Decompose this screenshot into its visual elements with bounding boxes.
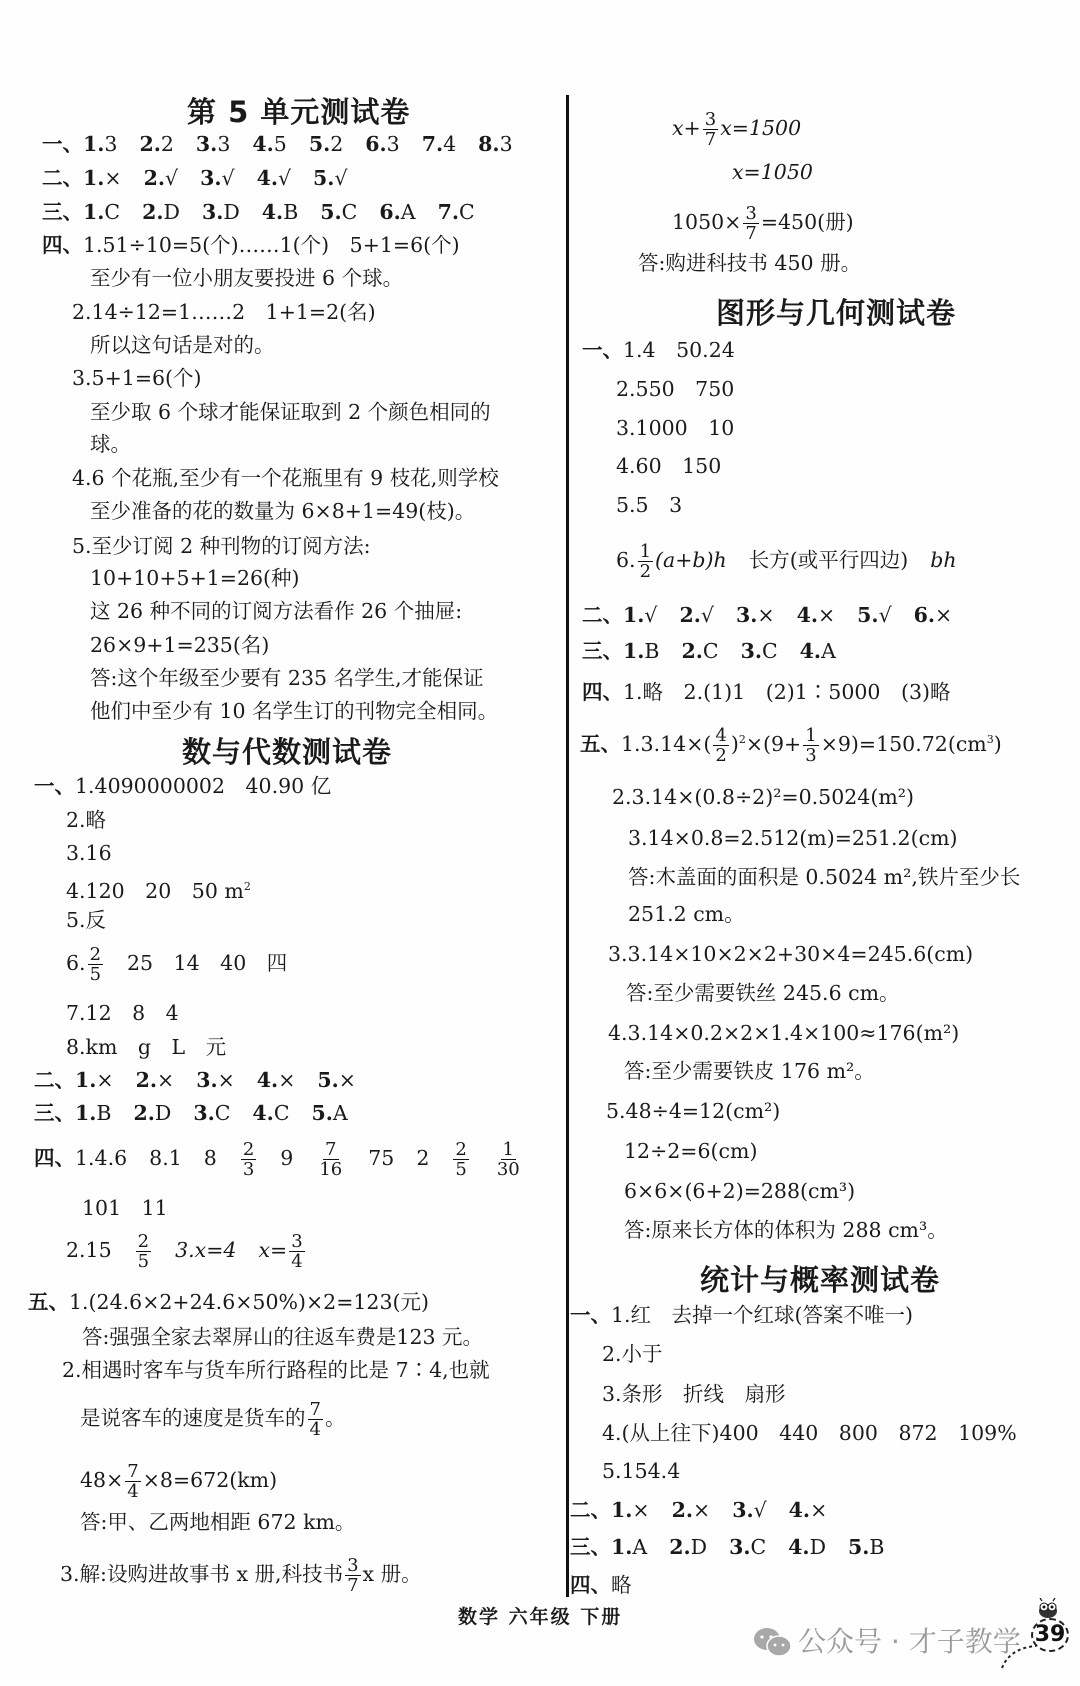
section-label: 四、 (582, 680, 623, 704)
section-label: 四、 (570, 1573, 611, 1597)
section-label: 三、 (582, 639, 623, 663)
answer-item: 3.√ (732, 1498, 766, 1522)
answer-item: 1.A (611, 1535, 647, 1559)
answer-item: 8 (204, 1146, 217, 1170)
unit5-section-4-q1: 四、1.51÷10=5(个)……1(个) 5+1=6(个) (42, 233, 460, 257)
answer-text: 1.略 2.(1)1 (2)1∶5000 (3)略 (623, 680, 951, 704)
algebra-section-2: 二、1.×2.×3.×4.×5.× (34, 1068, 356, 1092)
answer-line: 5.154.4 (602, 1459, 680, 1483)
unit5-section-2: 二、1.×2.√3.√4.√5.√ (42, 166, 348, 190)
answer-line: 球。 (90, 432, 131, 456)
statistics-section-4: 四、略 (570, 1573, 632, 1597)
denominator: 7 (345, 1576, 360, 1595)
answer-line: 2.3.14×(0.8÷2)²=0.5024(m²) (612, 785, 914, 809)
algebra-section-1-q1: 一、1.4090000002 40.90 亿 (34, 774, 331, 798)
answer-list: 1.×2.×3.√4.× (611, 1498, 827, 1522)
answer-list: 1.32.23.34.55.26.37.48.3 (83, 132, 513, 156)
answer-text: ×(9+ (746, 732, 801, 756)
answer-line: 至少取 6 个球才能保证取到 2 个颜色相同的 (90, 400, 491, 424)
answer-item: 2 (416, 1146, 429, 1170)
answer-line: 10+10+5+1=26(种) (90, 566, 300, 590)
section-label: 二、 (570, 1498, 611, 1522)
section-label: 一、 (42, 132, 83, 156)
answer-text: 1050× (672, 210, 741, 234)
answer-line: 至少有一位小朋友要投进 6 个球。 (90, 266, 403, 290)
answer-line: 答:甲、乙两地相距 672 km。 (80, 1510, 355, 1534)
algebra-test-title: 数与代数测试卷 (182, 730, 392, 771)
answer-line: 101 11 (82, 1196, 168, 1220)
answer-text: 2.15 (66, 1238, 112, 1262)
answer-line: 5.至少订阅 2 种刊物的订阅方法: (72, 534, 371, 558)
answer-line: 2.相遇时客车与货车所行路程的比是 7∶4,也就 (62, 1358, 490, 1382)
section-label: 五、 (580, 732, 621, 756)
answer-item: 75 (368, 1146, 394, 1170)
answer-item: 2.D (142, 200, 180, 224)
answer-item: 1.× (83, 166, 122, 190)
answer-item: 4.× (257, 1068, 296, 1092)
answer-list: 1.4.68.1823971675225130 (75, 1146, 524, 1170)
footer-subject: 数学 (458, 1606, 500, 1628)
denominator: 4 (289, 1252, 304, 1271)
column-divider (566, 95, 569, 1597)
answer-item: 2.2 (139, 132, 173, 156)
dashed-trail-icon (1000, 1640, 1040, 1670)
geometry-section-1-q1: 一、1.4 50.24 (582, 338, 735, 362)
answer-line: 他们中至少有 10 名学生订的刊物完全相同。 (90, 699, 498, 723)
answer-text: 是说客车的速度是货车的 (80, 1406, 306, 1430)
fraction: 23 (241, 1140, 256, 1179)
fraction: 37 (703, 110, 718, 149)
answer-line: 答:木盖面的面积是 0.5024 m²,铁片至少长 (628, 865, 1020, 889)
answer-line: 答:购进科技书 450 册。 (638, 251, 861, 275)
section-label: 四、 (42, 233, 83, 257)
answer-item: 5.B (848, 1535, 884, 1559)
answer-item: 1.4.6 (75, 1146, 127, 1170)
answer-line: 3.解:设购进故事书 x 册,科技书37x 册。 (60, 1556, 422, 1595)
answer-item: 2.D (669, 1535, 707, 1559)
fraction: 37 (743, 204, 758, 243)
answer-item: 3.C (729, 1535, 766, 1559)
statistics-test-title: 统计与概率测试卷 (700, 1258, 940, 1299)
answer-item: 4.√ (257, 166, 291, 190)
fraction: 74 (308, 1400, 323, 1439)
numerator: 2 (88, 945, 103, 965)
answer-text: ) (731, 732, 739, 756)
numerator: 3 (345, 1556, 360, 1576)
answer-item: 1.B (623, 639, 659, 663)
section-label: 一、 (570, 1303, 611, 1327)
superscript: 2 (244, 880, 251, 893)
geometry-section-5-q1: 五、1.3.14×(42)2×(9+13×9)=150.72(cm3) (580, 726, 1002, 765)
answer-text: 1.红 去掉一个红球(答案不唯一) (611, 1303, 913, 1327)
answer-line: 251.2 cm。 (628, 902, 745, 926)
answer-line: 至少准备的花的数量为 6×8+1=49(枝)。 (90, 499, 475, 523)
answer-line: 7.12 8 4 (66, 1001, 179, 1025)
denominator: 7 (743, 224, 758, 243)
answer-line: 3.14×0.8=2.512(m)=251.2(cm) (628, 826, 958, 850)
answer-line: 答:至少需要铁皮 176 m²。 (624, 1059, 875, 1083)
numerator: 3 (289, 1232, 304, 1252)
superscript: 3 (987, 733, 994, 746)
answer-line: 答:这个年级至少要有 235 名学生,才能保证 (90, 666, 484, 690)
answer-list: 1.×2.√3.√4.√5.√ (83, 166, 348, 190)
answer-item: 4.5 (252, 132, 286, 156)
answer-item: 5.√ (857, 603, 891, 627)
answer-line: 1050×37=450(册) (672, 204, 854, 243)
answer-line: 2.550 750 (616, 377, 734, 401)
answer-line: 2.15253.x=4x=34 (66, 1232, 307, 1271)
answer-line: 2.小于 (602, 1342, 663, 1366)
section-label: 二、 (34, 1068, 75, 1092)
answer-item: 1.× (611, 1498, 650, 1522)
page-footer: 数学 六年级 下册 (458, 1602, 622, 1629)
answer-item: 1.B (75, 1101, 111, 1125)
answer-text: 长方(或平行四边) (749, 548, 909, 572)
answer-line: x+37x=1500 (672, 110, 801, 149)
wechat-icon (752, 1626, 792, 1658)
answer-item: 4.B (262, 200, 298, 224)
footer-grade: 六年级 (509, 1606, 572, 1628)
answer-item: 7.4 (422, 132, 456, 156)
numerator: 7 (308, 1400, 323, 1420)
answer-line: 5.反 (66, 908, 106, 932)
numerator: 4 (713, 726, 728, 745)
answer-item: 5.A (312, 1101, 348, 1125)
section-label: 三、 (34, 1101, 75, 1125)
answer-item: 7.C (438, 200, 475, 224)
answer-item: 4.A (800, 639, 836, 663)
algebra-section-5-q1: 五、1.(24.6×2+24.6×50%)×2=123(元) (28, 1290, 429, 1314)
answer-item: 2.√ (144, 166, 178, 190)
answer-line: 4.60 150 (616, 454, 721, 478)
statistics-section-2: 二、1.×2.×3.√4.× (570, 1498, 827, 1522)
denominator: 4 (308, 1420, 323, 1439)
answer-item: 9 (280, 1146, 293, 1170)
answer-list: 1.×2.×3.×4.×5.× (75, 1068, 356, 1092)
answer-line: 6.2525 14 40 四 (66, 945, 287, 984)
answer-item: 2.√ (679, 603, 713, 627)
denominator: 4 (125, 1482, 140, 1501)
answer-item: 6.× (914, 603, 953, 627)
answer-text: 3.解:设购进故事书 x 册,科技书 (60, 1562, 343, 1586)
answer-text: 3.x=4 (175, 1238, 236, 1262)
geometry-section-4: 四、1.略 2.(1)1 (2)1∶5000 (3)略 (582, 680, 951, 704)
answer-list: 1.C2.D3.D4.B5.C6.A7.C (83, 200, 475, 224)
answer-item: 4.C (252, 1101, 289, 1125)
section-label: 五、 (28, 1290, 69, 1314)
numerator: 2 (136, 1232, 151, 1252)
watermark-text: 公众号 · 才子教学 (798, 1620, 1021, 1660)
denominator: 5 (88, 965, 103, 984)
geometry-test-title: 图形与几何测试卷 (716, 291, 956, 332)
answer-line: 48×74×8=672(km) (80, 1462, 277, 1501)
answer-item: 5.2 (309, 132, 343, 156)
answer-text: ×8=672(km) (143, 1468, 277, 1492)
answer-item: 8.3 (478, 132, 512, 156)
answer-list: 1.A2.D3.C4.D5.B (611, 1535, 884, 1559)
answer-text: ) (994, 732, 1002, 756)
fraction: 25 (136, 1232, 151, 1271)
unit5-section-1: 一、1.32.23.34.55.26.37.48.3 (42, 132, 513, 156)
formula: (a+b)h (655, 548, 727, 572)
answer-list: 1.B2.C3.C4.A (623, 639, 836, 663)
fraction: 25 (88, 945, 103, 984)
answer-text: 1.4090000002 40.90 亿 (75, 774, 331, 798)
answer-item: 1.3 (83, 132, 117, 156)
answer-item: 2.C (681, 639, 718, 663)
section-label: 一、 (34, 774, 75, 798)
geometry-section-3: 三、1.B2.C3.C4.A (582, 639, 836, 663)
answer-item: 3.√ (200, 166, 234, 190)
answer-line: 答:至少需要铁丝 245.6 cm。 (626, 981, 900, 1005)
answer-text: =450(册) (761, 210, 854, 234)
answer-line: 12÷2=6(cm) (624, 1139, 757, 1163)
section-label: 三、 (570, 1535, 611, 1559)
answer-item: 6.A (379, 200, 415, 224)
denominator: 2 (638, 562, 653, 581)
answer-line: 答:强强全家去翠屏山的往返车费是123 元。 (82, 1325, 483, 1349)
answer-item: 3.× (736, 603, 775, 627)
section-label: 二、 (582, 603, 623, 627)
formula: bh (930, 548, 956, 572)
fraction: 716 (317, 1140, 344, 1179)
denominator: 5 (136, 1252, 151, 1271)
answer-item: 4.× (797, 603, 836, 627)
answer-text: 1.3.14×( (621, 732, 711, 756)
numerator: 7 (125, 1462, 140, 1482)
fraction: 42 (713, 726, 728, 765)
answer-line: 2.略 (66, 808, 106, 832)
answer-key-page: 第 5 单元测试卷 一、1.32.23.34.55.26.37.48.3 二、1… (0, 0, 1080, 1686)
answer-line: 6×6×(6+2)=288(cm³) (624, 1179, 855, 1203)
fraction: 34 (289, 1232, 304, 1271)
answer-item: 5.× (317, 1068, 356, 1092)
answer-line: 3.条形 折线 扇形 (602, 1382, 786, 1406)
answer-line: 答:原来长方体的体积为 288 cm³。 (624, 1218, 948, 1242)
answer-line: 4.6 个花瓶,至少有一个花瓶里有 9 枝花,则学校 (72, 466, 499, 490)
section-label: 四、 (34, 1146, 75, 1170)
answer-text: 48× (80, 1468, 123, 1492)
denominator: 2 (713, 745, 728, 765)
bee-mascot-icon (1034, 1598, 1060, 1620)
answer-text: 。 (325, 1406, 346, 1430)
answer-item: 2.D (133, 1101, 171, 1125)
answer-line: 4.120 20 50 m2 (66, 875, 251, 903)
answer-line: x=1050 (732, 160, 813, 184)
fraction: 25 (453, 1140, 468, 1179)
answer-line: 这 26 种不同的订阅方法看作 26 个抽屉: (90, 599, 462, 623)
answer-list: 1.B2.D3.C4.C5.A (75, 1101, 348, 1125)
answer-item: 3.D (202, 200, 240, 224)
footer-volume: 下册 (580, 1606, 622, 1628)
numerator: 3 (703, 110, 718, 130)
answer-item: 5.C (320, 200, 357, 224)
algebra-section-4-q1: 四、1.4.68.1823971675225130 (34, 1140, 524, 1179)
answer-item: 4.× (789, 1498, 828, 1522)
answer-text: ×9)=150.72(cm (821, 732, 987, 756)
answer-line: 3.16 (66, 841, 112, 865)
fraction: 37 (345, 1556, 360, 1595)
answer-text: 6. (616, 548, 636, 572)
answer-item: 3.× (196, 1068, 235, 1092)
answer-item: 4.D (788, 1535, 826, 1559)
answer-text: x= (258, 1238, 287, 1262)
answer-text: x=1500 (720, 116, 801, 140)
fraction: 13 (803, 726, 818, 765)
answer-text: x 册。 (363, 1562, 422, 1586)
answer-item: 3.C (193, 1101, 230, 1125)
fraction: 130 (495, 1140, 522, 1179)
answer-text: 25 14 40 四 (127, 951, 287, 975)
superscript: 2 (739, 733, 746, 746)
answer-line: 8.km g L 元 (66, 1035, 226, 1059)
answer-text: x+ (672, 116, 701, 140)
section-label: 三、 (42, 200, 83, 224)
geometry-section-2: 二、1.√2.√3.×4.×5.√6.× (582, 603, 952, 627)
answer-text: 4.120 20 50 m (66, 879, 244, 903)
answer-line: 26×9+1=235(名) (90, 633, 269, 657)
fraction: 74 (125, 1462, 140, 1501)
answer-text: 1.51÷10=5(个)……1(个) 5+1=6(个) (83, 233, 460, 257)
answer-line: 2.14÷12=1……2 1+1=2(名) (72, 300, 376, 324)
answer-line: 4.3.14×0.2×2×1.4×100≈176(m²) (608, 1021, 959, 1045)
numerator: 1 (803, 726, 818, 746)
answer-text: 1.(24.6×2+24.6×50%)×2=123(元) (69, 1290, 429, 1314)
unit5-section-3: 三、1.C2.D3.D4.B5.C6.A7.C (42, 200, 475, 224)
answer-line: 5.5 3 (616, 493, 682, 517)
answer-line: 3.5+1=6(个) (72, 366, 202, 390)
answer-item: 3.C (741, 639, 778, 663)
denominator: 3 (803, 746, 818, 765)
answer-line: 所以这句话是对的。 (90, 333, 275, 357)
answer-item: 6.3 (365, 132, 399, 156)
statistics-section-1-q1: 一、1.红 去掉一个红球(答案不唯一) (570, 1303, 913, 1327)
answer-line: 5.48÷4=12(cm²) (606, 1099, 780, 1123)
answer-item: 3.3 (196, 132, 230, 156)
section-label: 二、 (42, 166, 83, 190)
answer-line: 3.1000 10 (616, 416, 734, 440)
answer-item: 2.× (136, 1068, 175, 1092)
statistics-section-3: 三、1.A2.D3.C4.D5.B (570, 1535, 884, 1559)
answer-text: 1.4 50.24 (623, 338, 735, 362)
unit5-test-title: 第 5 单元测试卷 (187, 90, 410, 131)
algebra-section-3: 三、1.B2.D3.C4.C5.A (34, 1101, 348, 1125)
answer-text: 略 (611, 1573, 632, 1597)
numerator: 1 (638, 542, 653, 562)
answer-item: 1.× (75, 1068, 114, 1092)
answer-item: 1.√ (623, 603, 657, 627)
section-label: 一、 (582, 338, 623, 362)
answer-line: 6.12(a+b)h长方(或平行四边)bh (616, 542, 957, 581)
fraction: 12 (638, 542, 653, 581)
numerator: 3 (743, 204, 758, 224)
answer-list: 1.√2.√3.×4.×5.√6.× (623, 603, 952, 627)
answer-item: 2.× (672, 1498, 711, 1522)
answer-line: 是说客车的速度是货车的74。 (80, 1400, 345, 1439)
answer-text: 6. (66, 951, 86, 975)
answer-line: 3.3.14×10×2×2+30×4=245.6(cm) (608, 942, 973, 966)
answer-line: 4.(从上往下)400 440 800 872 109% (602, 1421, 1017, 1445)
answer-item: 8.1 (149, 1146, 182, 1170)
answer-item: 5.√ (313, 166, 347, 190)
answer-item: 1.C (83, 200, 120, 224)
denominator: 7 (703, 130, 718, 149)
